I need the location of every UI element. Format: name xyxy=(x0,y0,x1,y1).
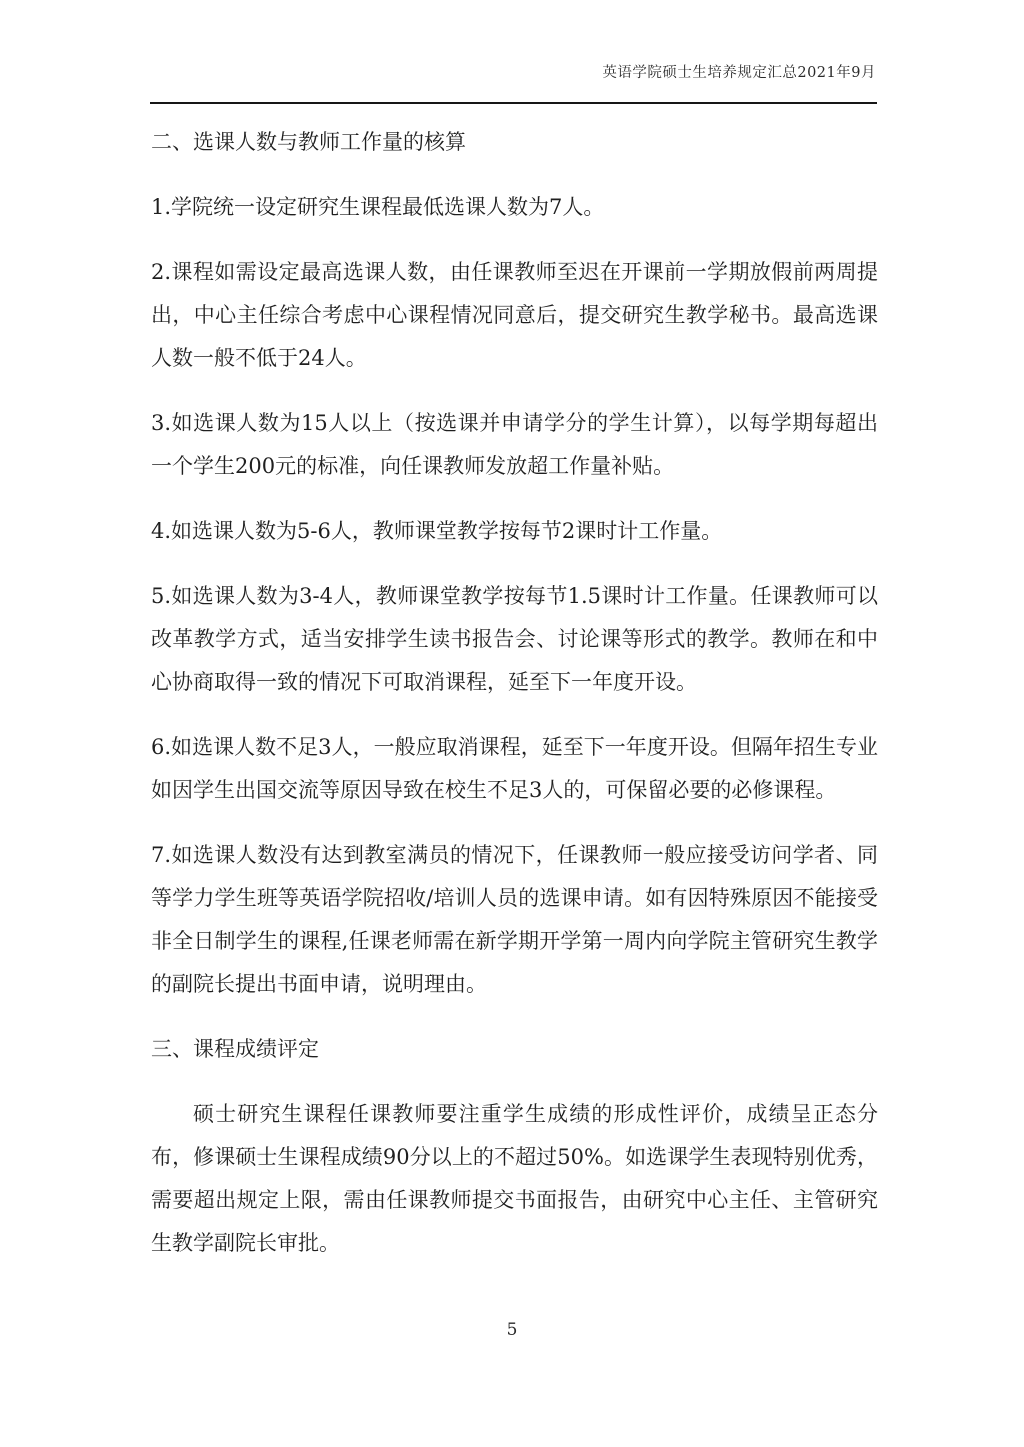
header-title: 英语学院硕士生培养规定汇总2021年9月 xyxy=(602,65,876,81)
section-2-item-6: 6.如选课人数不足3人，一般应取消课程，延至下一年度开设。但隔年招生专业如因学生… xyxy=(151,726,878,812)
page-footer: 5 xyxy=(0,1320,1024,1340)
section-2-item-5: 5.如选课人数为3-4人，教师课堂教学按每节1.5课时计工作量。任课教师可以改革… xyxy=(151,575,878,704)
section-3-heading: 三、课程成绩评定 xyxy=(151,1028,878,1071)
header-rule xyxy=(150,102,877,104)
section-2-item-4: 4.如选课人数为5-6人，教师课堂教学按每节2课时计工作量。 xyxy=(151,510,878,553)
page-header: 英语学院硕士生培养规定汇总2021年9月 xyxy=(150,63,876,83)
section-2-item-3: 3.如选课人数为15人以上（按选课并申请学分的学生计算），以每学期每超出一个学生… xyxy=(151,402,878,488)
section-2-item-7: 7.如选课人数没有达到教室满员的情况下，任课教师一般应接受访问学者、同等学力学生… xyxy=(151,834,878,1006)
document-body: 二、选课人数与教师工作量的核算 1.学院统一设定研究生课程最低选课人数为7人。 … xyxy=(151,121,878,1265)
section-2-item-2: 2.课程如需设定最高选课人数，由任课教师至迟在开课前一学期放假前两周提出，中心主… xyxy=(151,251,878,380)
page-number: 5 xyxy=(507,1320,518,1340)
document-page: 英语学院硕士生培养规定汇总2021年9月 二、选课人数与教师工作量的核算 1.学… xyxy=(0,0,1024,1447)
section-3-paragraph: 硕士研究生课程任课教师要注重学生成绩的形成性评价，成绩呈正态分布，修课硕士生课程… xyxy=(151,1093,878,1265)
section-2-heading: 二、选课人数与教师工作量的核算 xyxy=(151,121,878,164)
section-2-item-1: 1.学院统一设定研究生课程最低选课人数为7人。 xyxy=(151,186,878,229)
